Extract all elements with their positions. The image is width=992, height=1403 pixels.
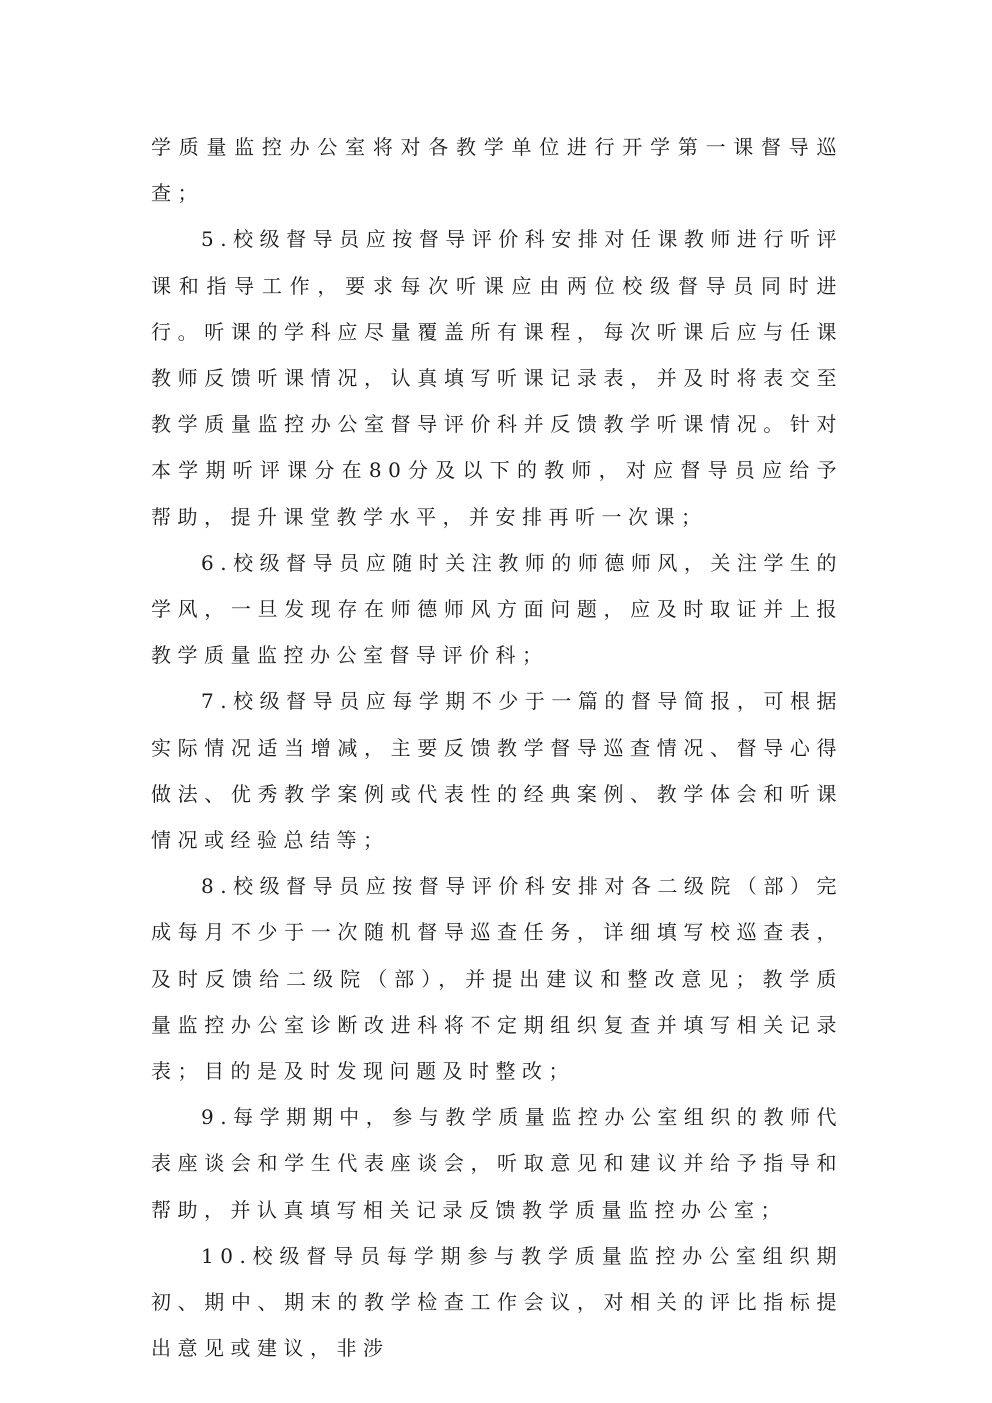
document-page: 学质量监控办公室将对各教学单位进行开学第一课督导巡查； 5.校级督导员应按督导评… — [151, 124, 843, 1371]
paragraph-item-9: 9.每学期期中，参与教学质量监控办公室组织的教师代表座谈会和学生代表座谈会，听取… — [151, 1094, 843, 1233]
paragraph-item-5: 5.校级督导员应按督导评价科安排对任课教师进行听评课和指导工作，要求每次听课应由… — [151, 216, 843, 539]
paragraph-item-10: 10.校级督导员每学期参与教学质量监控办公室组织期初、期中、期末的教学检查工作会… — [151, 1233, 843, 1372]
paragraph-item-8: 8.校级督导员应按督导评价科安排对各二级院（部）完成每月不少于一次随机督导巡查任… — [151, 863, 843, 1094]
paragraph-item-6: 6.校级督导员应随时关注教师的师德师风，关注学生的学风，一旦发现存在师德师风方面… — [151, 540, 843, 679]
paragraph-continuation: 学质量监控办公室将对各教学单位进行开学第一课督导巡查； — [151, 124, 843, 216]
paragraph-item-7: 7.校级督导员应每学期不少于一篇的督导简报，可根据实际情况适当增减，主要反馈教学… — [151, 678, 843, 863]
